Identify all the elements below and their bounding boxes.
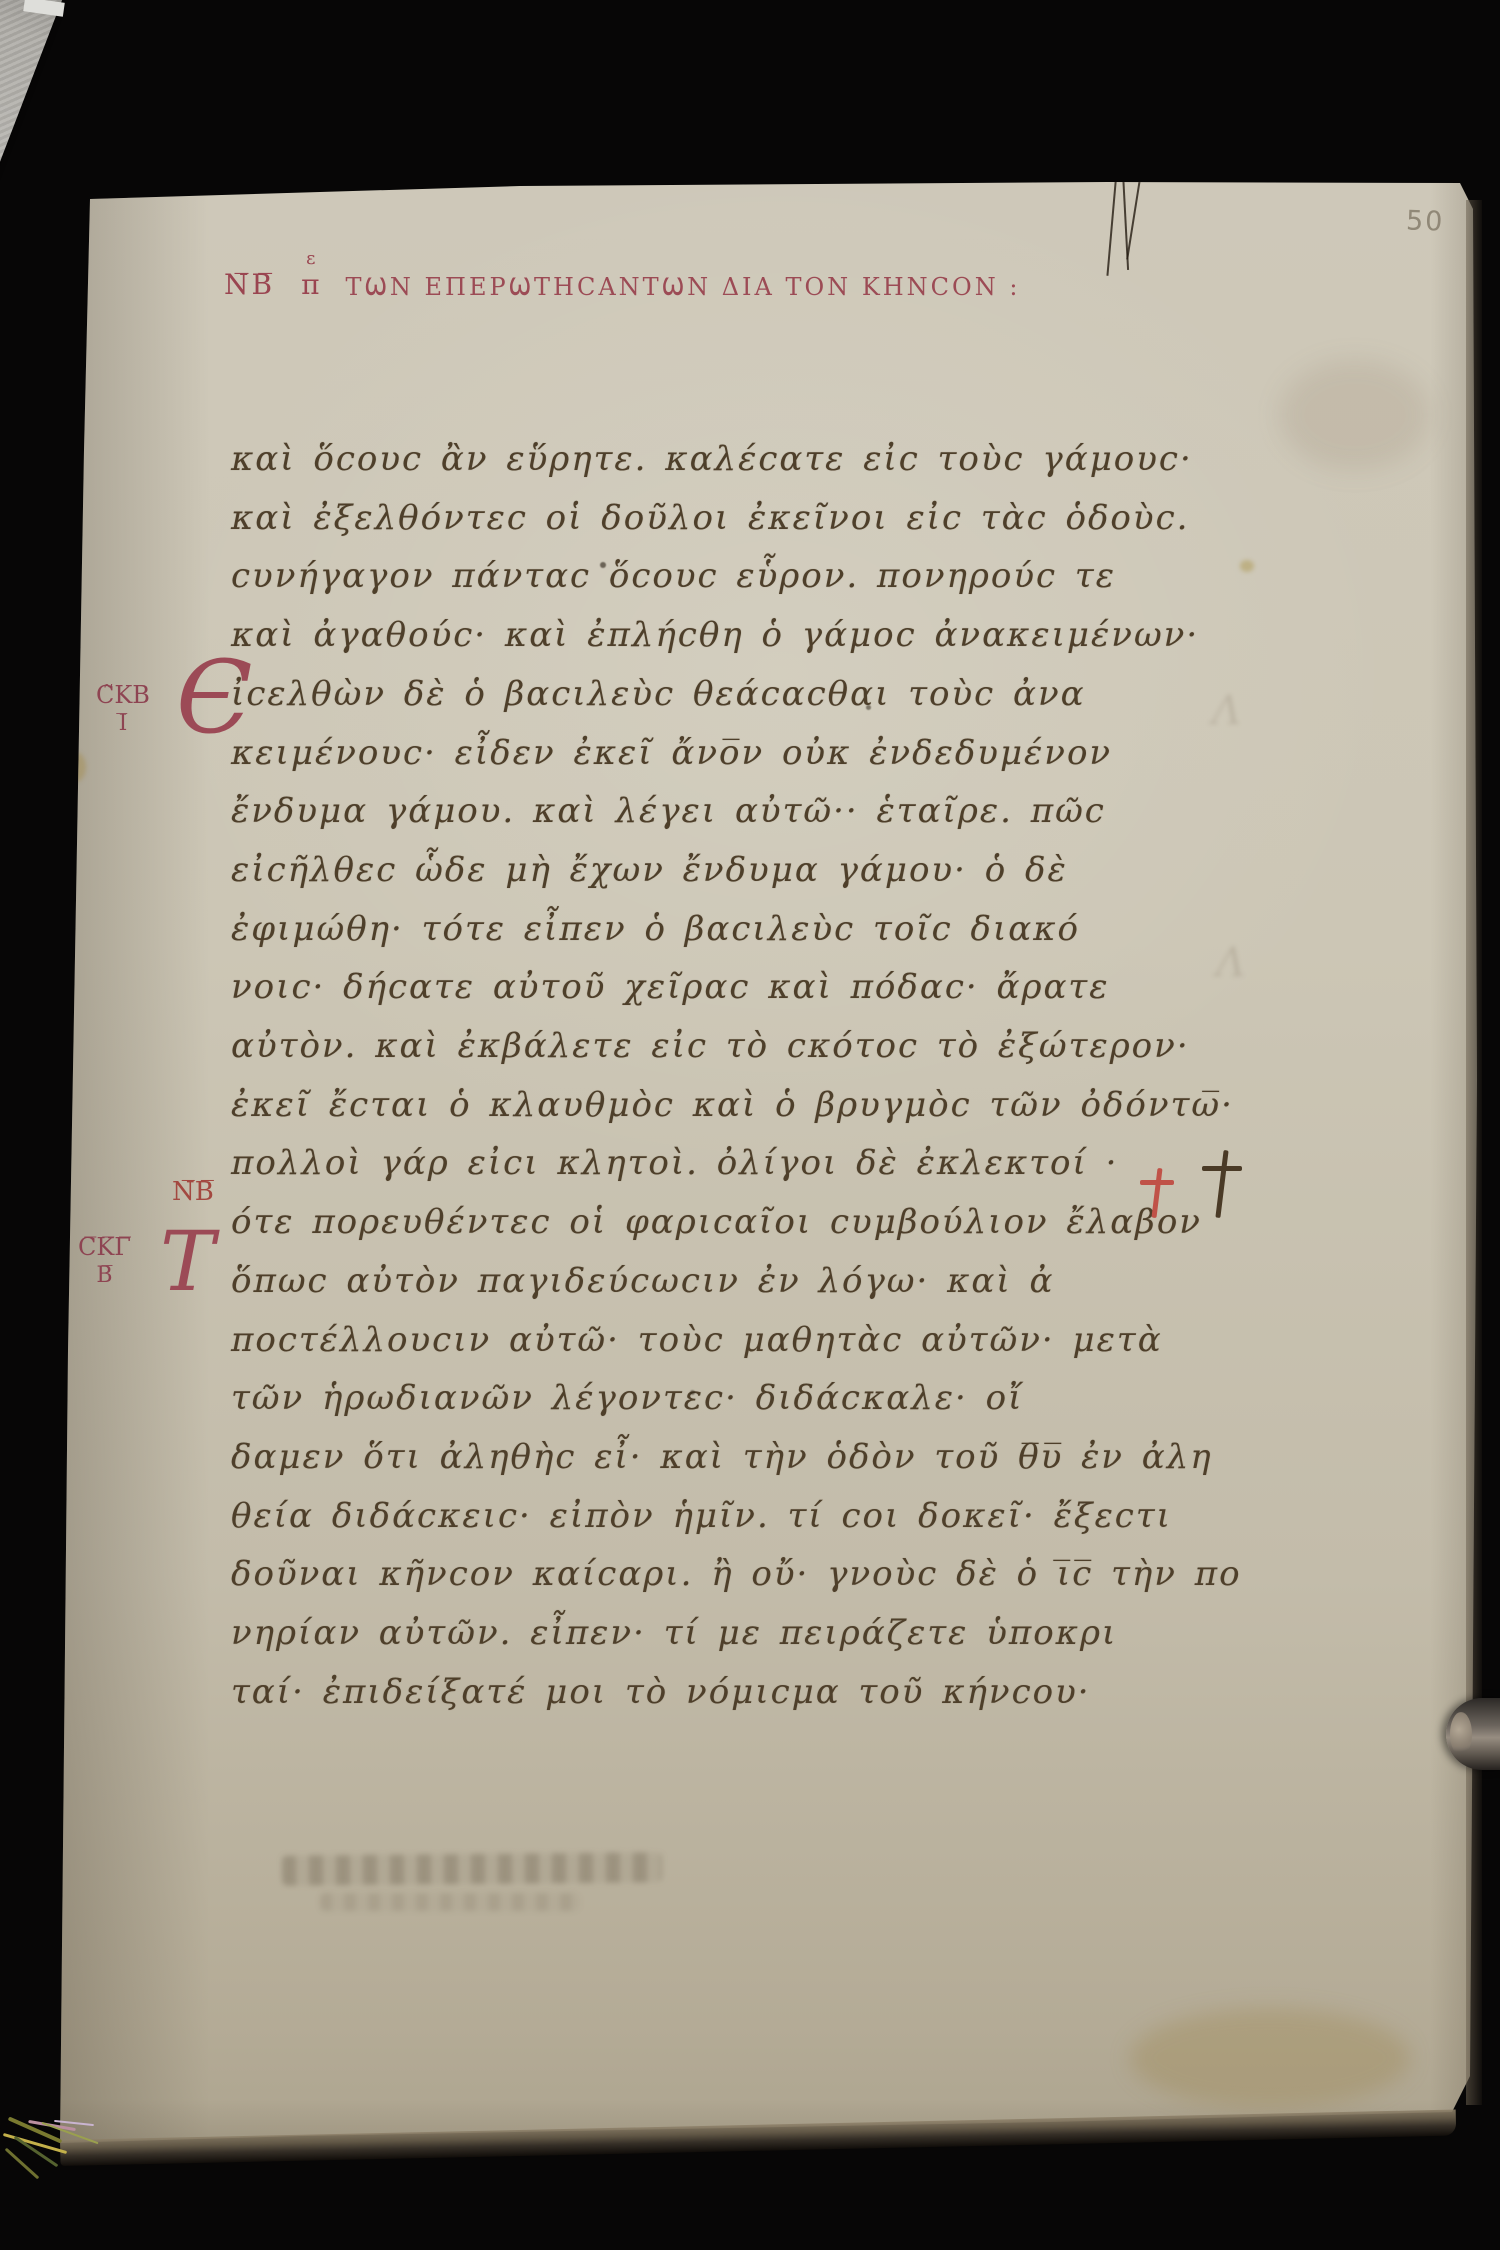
bookmark-ribbon [0,0,75,223]
rubric-abbreviation-base: π [301,268,319,301]
text-line: αὐτὸν. καὶ ἐκβάλετε εἰϲ τὸ ϲκότοϲ τὸ ἐξώ… [231,1017,1261,1076]
text-line: ἔνδυμα γάμου. καὶ λέγει αὐτῶ·· ἑταῖρε. π… [231,782,1261,841]
folio-number: 50 [1405,205,1444,237]
leaf-edges-right [1466,200,1482,2105]
text-line: καὶ ἀγαθούϲ· καὶ ἐπλήϲθη ὁ γάμοϲ ἀνακειμ… [231,606,1261,665]
rubric-abbreviation: π ε [301,268,319,301]
stray-fiber [1106,148,1119,276]
text-line: ὅπωϲ αὐτὸν παγιδεύϲωϲιν ἐν λόγω· καὶ ἀ [231,1252,1261,1311]
margin-section-sub: Ι̅ [96,710,150,738]
showthrough-text [282,1852,662,1885]
parchment-stain [50,708,64,726]
showthrough-text [320,1893,580,1911]
stray-fiber [1126,160,1144,259]
text-line: ταί· ἐπιδείξατέ μοι τὸ νόμιϲμα τοῦ κήνϲο… [231,1663,1261,1722]
text-line: εἰϲῆλθεϲ ὧδε μὴ ἔχων ἔνδυμα γάμου· ὁ δὲ [231,841,1261,900]
rubric-title-text: ΤѠΝ ΕΠΕΡѠΤΗCΑΝΤѠΝ ΔΙΑ ΤΟΝ ΚΗΝCΟΝ : [345,273,1020,301]
margin-section-number: Ϲ̃ΚΒ Ι̅ [96,680,150,738]
ink-speck [600,562,606,568]
text-line: νοιϲ· δήϲατε αὐτοῦ χεῖραϲ καὶ πόδαϲ· ἄρα… [231,958,1261,1017]
red-cross-mark [1140,1168,1174,1218]
text-block: καὶ ὅϲουϲ ἂν εὕρητε. καλέϲατε εἰϲ τοὺϲ γ… [231,430,1261,1721]
ink-speck [866,705,871,710]
brown-cross-mark [1202,1150,1242,1218]
margin-chapter-number: Ν̅Β̅ [172,1176,214,1209]
text-line: δοῦναι κῆνϲον καίϲαρι. ἢ οὔ· γνοὺϲ δὲ ὁ … [231,1545,1261,1604]
text-line: θεία διδάϲκειϲ· εἰπὸν ἡμῖν. τί ϲοι δοκεῖ… [231,1487,1261,1546]
chapter-number: Ν̅Β̅ [224,268,275,301]
showthrough-letter: Λ [1212,688,1241,734]
endband-threads [0,2120,130,2230]
manuscript-page: 50 Ν̅Β̅ π ε ΤѠΝ ΕΠΕΡѠΤΗCΑΝΤѠΝ ΔΙΑ ΤΟΝ ΚΗ… [0,0,1500,2250]
text-line: κειμένουϲ· εἶδεν ἐκεῖ ἄνο̅ν οὐκ ἐνδεδυμέ… [231,724,1261,783]
text-line: ποϲτέλλουϲιν αὐτῶ· τοὺϲ μαθητὰϲ αὐτῶν· μ… [231,1311,1261,1370]
rubric-title: Ν̅Β̅ π ε ΤѠΝ ΕΠΕΡѠΤΗCΑΝΤѠΝ ΔΙΑ ΤΟΝ ΚΗΝCΟ… [224,268,1020,301]
parchment-stain [1280,360,1430,470]
rubric-abbreviation-superscript: ε [306,248,315,269]
margin-section-main: Ϲ̃ΚΒ [96,681,150,709]
text-line: καὶ ὅϲουϲ ἂν εὕρητε. καλέϲατε εἰϲ τοὺϲ γ… [231,430,1261,489]
parchment-stain [56,648,74,674]
text-line: πολλοὶ γάρ εἰϲι κλητοὶ. ὀλίγοι δὲ ἐκλεκτ… [231,1134,1261,1193]
text-line: ἐκεῖ ἔϲται ὁ κλαυθμὸϲ καὶ ὁ βρυγμὸϲ τῶν … [231,1076,1261,1135]
text-line: δαμεν ὅτι ἀληθὴϲ εἶ· καὶ τὴν ὁδὸν τοῦ θ̅… [231,1428,1261,1487]
text-line: ἐφιμώθη· τότε εἶπεν ὁ βαϲιλεὺϲ τοῖϲ διακ… [231,900,1261,959]
text-line: ότε πορευθέντεϲ οἱ φαριϲαῖοι ϲυμβούλιον … [231,1193,1261,1252]
text-line: καὶ ἐξελθόντεϲ οἱ δοῦλοι ἐκεῖνοι εἰϲ τὰϲ… [231,489,1261,548]
text-line: νηρίαν αὐτῶν. εἶπεν· τί με πειράζετε ὑπο… [231,1604,1261,1663]
margin-section-number: Ϲ̅Κ̅Γ̅ Β̅ [78,1232,131,1290]
parchment-stain [1130,2008,1410,2108]
ink-speck [690,1390,695,1395]
text-line: ϲυνήγαγον πάνταϲ ὅϲουϲ εὗρον. πονηρούϲ τ… [231,547,1261,606]
showthrough-letter: Λ [1216,940,1245,986]
parchment-stain [64,752,86,782]
text-line: τῶν ἡρωδιανῶν λέγοντεϲ· διδάϲκαλε· οἴ [231,1369,1261,1428]
rubricated-initial-tau: Τ [160,1222,215,1304]
text-line: ἰϲελθὼν δὲ ὁ βαϲιλεὺϲ θεάϲαϲθαι τοὺϲ ἀνα [231,665,1261,724]
parchment-stain [1240,560,1254,572]
margin-section-sub: Β̅ [78,1262,131,1290]
margin-section-main: Ϲ̅Κ̅Γ̅ [78,1233,131,1261]
manuscript-photograph: 50 Ν̅Β̅ π ε ΤѠΝ ΕΠΕΡѠΤΗCΑΝΤѠΝ ΔΙΑ ΤΟΝ ΚΗ… [0,0,1500,2250]
